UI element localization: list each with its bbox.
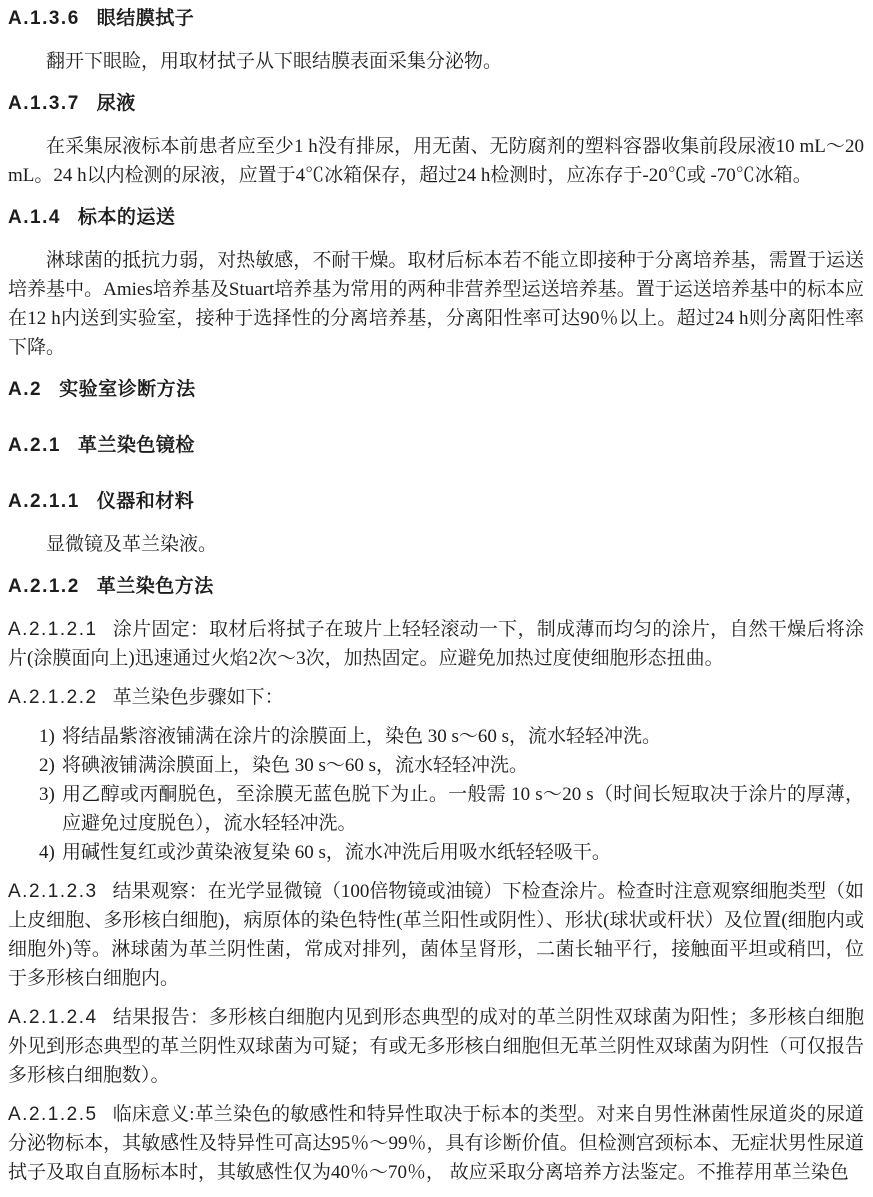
heading-number: A.2 (8, 379, 42, 400)
heading-number: A.1.4 (8, 207, 61, 228)
paragraph: 显微镜及革兰染液。 (8, 530, 864, 559)
heading-title: 眼结膜拭子 (97, 8, 195, 29)
numbered-clause: A.2.1.2.4结果报告：多形核白细胞内见到形态典型的成对的革兰阴性双球菌为阳… (8, 1003, 864, 1090)
list-item-text: 将结晶紫溶液铺满在涂片的涂膜面上，染色 30 s～60 s，流水轻轻冲洗。 (62, 726, 661, 747)
section-heading: A.1.3.7尿液 (8, 89, 864, 119)
clause-text: 革兰染色步骤如下： (113, 687, 284, 708)
list-item: 2)将碘液铺满涂膜面上，染色 30 s～60 s，流水轻轻冲洗。 (8, 751, 864, 780)
heading-number: A.1.3.7 (8, 93, 80, 114)
list-item: 1)将结晶紫溶液铺满在涂片的涂膜面上，染色 30 s～60 s，流水轻轻冲洗。 (8, 722, 864, 751)
heading-title: 实验室诊断方法 (59, 379, 196, 400)
numbered-clause: A.2.1.2.1涂片固定：取材后将拭子在玻片上轻轻滚动一下，制成薄而均匀的涂片… (8, 615, 864, 673)
heading-title: 尿液 (97, 93, 136, 114)
clause-number: A.2.1.2.4 (8, 1007, 98, 1028)
list-item-text: 将碘液铺满涂膜面上，染色 30 s～60 s，流水轻轻冲洗。 (62, 755, 528, 776)
numbered-list: 1)将结晶紫溶液铺满在涂片的涂膜面上，染色 30 s～60 s，流水轻轻冲洗。2… (8, 722, 864, 867)
numbered-clause: A.2.1.2.5临床意义:革兰染色的敏感性和特异性取决于标本的类型。对来自男性… (8, 1100, 864, 1187)
clause-text: 临床意义:革兰染色的敏感性和特异性取决于标本的类型。对来自男性淋菌性尿道炎的尿道… (8, 1104, 864, 1183)
list-marker: 1) (39, 722, 55, 751)
clause-text: 结果观察：在光学显微镜（100倍物镜或油镜）下检查涂片。检查时注意观察细胞类型（… (8, 881, 864, 989)
section-heading: A.2.1革兰染色镜检 (8, 431, 864, 461)
clause-number: A.2.1.2.5 (8, 1104, 98, 1125)
section-heading: A.1.4标本的运送 (8, 203, 864, 233)
list-item-text: 用乙醇或丙酮脱色，至涂膜无蓝色脱下为止。一般需 10 s～20 s（时间长短取决… (62, 784, 864, 834)
section-heading: A.1.3.6眼结膜拭子 (8, 4, 864, 34)
heading-number: A.2.1.2 (8, 576, 80, 597)
paragraph: 翻开下眼睑，用取材拭子从下眼结膜表面采集分泌物。 (8, 47, 864, 76)
section-heading: A.2实验室诊断方法 (8, 375, 864, 405)
heading-number: A.1.3.6 (8, 8, 80, 29)
list-marker: 2) (39, 751, 55, 780)
numbered-clause: A.2.1.2.2革兰染色步骤如下： (8, 683, 864, 712)
numbered-clause: A.2.1.2.3结果观察：在光学显微镜（100倍物镜或油镜）下检查涂片。检查时… (8, 877, 864, 993)
list-item: 3)用乙醇或丙酮脱色，至涂膜无蓝色脱下为止。一般需 10 s～20 s（时间长短… (8, 780, 864, 838)
clause-text: 涂片固定：取材后将拭子在玻片上轻轻滚动一下，制成薄而均匀的涂片，自然干燥后将涂片… (8, 619, 864, 669)
list-item: 4)用碱性复红或沙黄染液复染 60 s，流水冲洗后用吸水纸轻轻吸干。 (8, 838, 864, 867)
document-page: A.1.3.6眼结膜拭子翻开下眼睑，用取材拭子从下眼结膜表面采集分泌物。A.1.… (0, 0, 873, 1187)
section-heading: A.2.1.2革兰染色方法 (8, 572, 864, 602)
section-heading: A.2.1.1仪器和材料 (8, 487, 864, 517)
heading-title: 革兰染色镜检 (78, 435, 195, 456)
clause-number: A.2.1.2.3 (8, 881, 98, 902)
paragraph: 淋球菌的抵抗力弱，对热敏感，不耐干燥。取材后标本若不能立即接种于分离培养基，需置… (8, 246, 864, 362)
list-item-text: 用碱性复红或沙黄染液复染 60 s，流水冲洗后用吸水纸轻轻吸干。 (62, 842, 611, 863)
heading-number: A.2.1 (8, 435, 61, 456)
heading-title: 仪器和材料 (97, 491, 195, 512)
list-marker: 4) (39, 838, 55, 867)
clause-text: 结果报告：多形核白细胞内见到形态典型的成对的革兰阴性双球菌为阳性；多形核白细胞外… (8, 1007, 864, 1086)
paragraph: 在采集尿液标本前患者应至少1 h没有排尿，用无菌、无防腐剂的塑料容器收集前段尿液… (8, 132, 864, 190)
heading-title: 革兰染色方法 (97, 576, 214, 597)
clause-number: A.2.1.2.1 (8, 619, 98, 640)
heading-title: 标本的运送 (78, 207, 176, 228)
heading-number: A.2.1.1 (8, 491, 80, 512)
list-marker: 3) (39, 780, 55, 809)
clause-number: A.2.1.2.2 (8, 687, 98, 708)
